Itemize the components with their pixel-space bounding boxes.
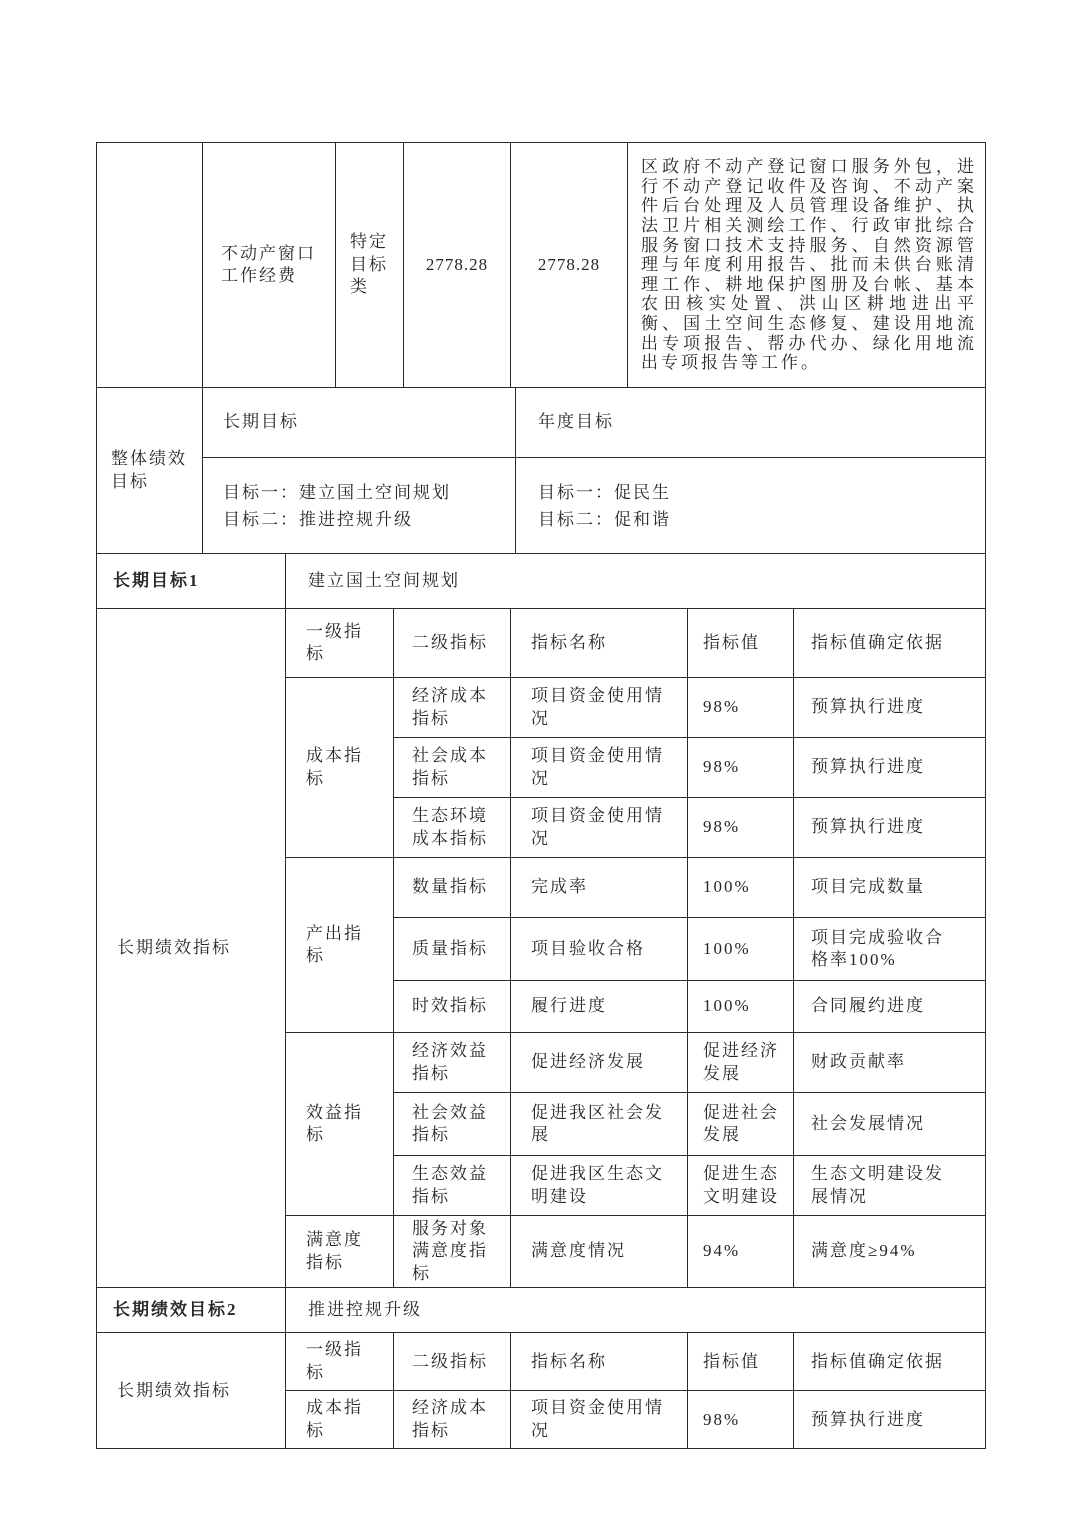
indicator-value-cell: 100% xyxy=(688,981,794,1033)
goal-line: 目标一：建立国土空间规划 xyxy=(223,479,505,506)
basis-cell: 预算执行进度 xyxy=(794,738,986,798)
indicator-name-cell: 促进我区生态文明建设 xyxy=(511,1156,688,1216)
project-row-table: 不动产窗口工作经费 特定目标类 2778.28 2778.28 区政府不动产登记… xyxy=(96,142,986,388)
annual-goals-cell: 目标一：促民生 目标二：促和谐 xyxy=(516,458,986,554)
indicator-value-cell: 94% xyxy=(688,1216,794,1288)
indicator-name-cell: 项目资金使用情况 xyxy=(511,798,688,858)
indicator-header-row: 长期绩效指标 一级指标 二级指标 指标名称 指标值 指标值确定依据 xyxy=(97,609,986,678)
level2-cell: 服务对象满意度指标 xyxy=(394,1216,511,1288)
level2-cell: 生态效益指标 xyxy=(394,1156,511,1216)
longterm-goal2-row: 长期绩效目标2 推进控规升级 xyxy=(97,1288,986,1333)
indicator-name-header-cell: 指标名称 xyxy=(511,1333,688,1391)
level2-header-cell: 二级指标 xyxy=(394,1333,511,1391)
indicator-value-header-cell: 指标值 xyxy=(688,609,794,678)
indicator-group-cell: 成本指标 xyxy=(286,1391,394,1449)
longterm-goal2-value-cell: 推进控规升级 xyxy=(286,1288,986,1333)
project-description-cell: 区政府不动产登记窗口服务外包，进行不动产登记收件及咨询、不动产案件后台处理及人员… xyxy=(628,143,986,388)
indicator-header-row: 长期绩效指标 一级指标 二级指标 指标名称 指标值 指标值确定依据 xyxy=(97,1333,986,1391)
performance-table: 不动产窗口工作经费 特定目标类 2778.28 2778.28 区政府不动产登记… xyxy=(96,142,985,1449)
indicator-name-header-cell: 指标名称 xyxy=(511,609,688,678)
longterm-goals-cell: 目标一：建立国土空间规划 目标二：推进控规升级 xyxy=(203,458,516,554)
basis-cell: 预算执行进度 xyxy=(794,798,986,858)
indicator-group-cell: 满意度指标 xyxy=(286,1216,394,1288)
indicator-group-cell: 成本指标 xyxy=(286,678,394,858)
basis-cell: 满意度≥94% xyxy=(794,1216,986,1288)
indicator-name-cell: 完成率 xyxy=(511,858,688,918)
indicator-name-cell: 促进我区社会发展 xyxy=(511,1093,688,1156)
indicator-value-cell: 促进生态文明建设 xyxy=(688,1156,794,1216)
indicator-name-cell: 项目验收合格 xyxy=(511,918,688,981)
indicator-value-cell: 促进社会发展 xyxy=(688,1093,794,1156)
level1-header-cell: 一级指标 xyxy=(286,609,394,678)
longterm-indicators2-table: 长期绩效指标 一级指标 二级指标 指标名称 指标值 指标值确定依据 成本指标 经… xyxy=(96,1332,986,1449)
indicator-name-cell: 项目资金使用情况 xyxy=(511,1391,688,1449)
indicator-name-cell: 促进经济发展 xyxy=(511,1033,688,1093)
level2-cell: 质量指标 xyxy=(394,918,511,981)
indicator-name-cell: 履行进度 xyxy=(511,981,688,1033)
target-type-cell: 特定目标类 xyxy=(336,143,404,388)
longterm-goal1-row: 长期目标1 建立国土空间规划 xyxy=(97,554,986,609)
goal-line: 目标二：推进控规升级 xyxy=(223,506,505,533)
longterm-goal1-label-cell: 长期目标1 xyxy=(97,554,286,609)
annual-goal-header-cell: 年度目标 xyxy=(516,388,986,458)
level2-cell: 社会成本指标 xyxy=(394,738,511,798)
indicator-name-cell: 满意度情况 xyxy=(511,1216,688,1288)
indicators-section-label-cell: 长期绩效指标 xyxy=(97,1333,286,1449)
project-name-cell: 不动产窗口工作经费 xyxy=(203,143,336,388)
basis-cell: 社会发展情况 xyxy=(794,1093,986,1156)
level2-cell: 数量指标 xyxy=(394,858,511,918)
level2-cell: 经济成本指标 xyxy=(394,678,511,738)
page: 不动产窗口工作经费 特定目标类 2778.28 2778.28 区政府不动产登记… xyxy=(0,0,1075,1520)
indicator-group-cell: 产出指标 xyxy=(286,858,394,1033)
overall-goals-header-row: 整体绩效目标 长期目标 年度目标 xyxy=(97,388,986,458)
indicator-value-cell: 100% xyxy=(688,918,794,981)
basis-cell: 项目完成数量 xyxy=(794,858,986,918)
longterm-goal2-label-cell: 长期绩效目标2 xyxy=(97,1288,286,1333)
budget-amount-cell: 2778.28 xyxy=(404,143,511,388)
basis-header-cell: 指标值确定依据 xyxy=(794,1333,986,1391)
basis-cell: 预算执行进度 xyxy=(794,678,986,738)
blank-cell xyxy=(97,143,203,388)
indicator-value-cell: 促进经济发展 xyxy=(688,1033,794,1093)
level2-cell: 经济成本指标 xyxy=(394,1391,511,1449)
overall-goals-label-cell: 整体绩效目标 xyxy=(97,388,203,554)
overall-goals-table: 整体绩效目标 长期目标 年度目标 目标一：建立国土空间规划 目标二：推进控规升级… xyxy=(96,387,986,554)
overall-goals-content-row: 目标一：建立国土空间规划 目标二：推进控规升级 目标一：促民生 目标二：促和谐 xyxy=(97,458,986,554)
indicator-value-header-cell: 指标值 xyxy=(688,1333,794,1391)
basis-cell: 预算执行进度 xyxy=(794,1391,986,1449)
level2-cell: 生态环境成本指标 xyxy=(394,798,511,858)
level2-cell: 经济效益指标 xyxy=(394,1033,511,1093)
budget-amount2-cell: 2778.28 xyxy=(511,143,628,388)
project-row: 不动产窗口工作经费 特定目标类 2778.28 2778.28 区政府不动产登记… xyxy=(97,143,986,388)
indicator-value-cell: 98% xyxy=(688,1391,794,1449)
longterm-goal2-table: 长期绩效目标2 推进控规升级 xyxy=(96,1287,986,1333)
indicator-group-cell: 效益指标 xyxy=(286,1033,394,1216)
indicator-value-cell: 100% xyxy=(688,858,794,918)
longterm-goal1-value-cell: 建立国土空间规划 xyxy=(286,554,986,609)
basis-cell: 财政贡献率 xyxy=(794,1033,986,1093)
indicator-name-cell: 项目资金使用情况 xyxy=(511,738,688,798)
level2-cell: 社会效益指标 xyxy=(394,1093,511,1156)
indicators-section-label-cell: 长期绩效指标 xyxy=(97,609,286,1288)
indicator-value-cell: 98% xyxy=(688,798,794,858)
level2-header-cell: 二级指标 xyxy=(394,609,511,678)
level2-cell: 时效指标 xyxy=(394,981,511,1033)
longterm-indicators-table: 长期绩效指标 一级指标 二级指标 指标名称 指标值 指标值确定依据 成本指标 经… xyxy=(96,608,986,1288)
level1-header-cell: 一级指标 xyxy=(286,1333,394,1391)
longterm-goal1-table: 长期目标1 建立国土空间规划 xyxy=(96,553,986,609)
goal-line: 目标一：促民生 xyxy=(538,479,975,506)
indicator-value-cell: 98% xyxy=(688,678,794,738)
longterm-goal-header-cell: 长期目标 xyxy=(203,388,516,458)
indicator-name-cell: 项目资金使用情况 xyxy=(511,678,688,738)
basis-cell: 合同履约进度 xyxy=(794,981,986,1033)
goal-line: 目标二：促和谐 xyxy=(538,506,975,533)
basis-cell: 项目完成验收合格率100% xyxy=(794,918,986,981)
basis-cell: 生态文明建设发展情况 xyxy=(794,1156,986,1216)
indicator-value-cell: 98% xyxy=(688,738,794,798)
basis-header-cell: 指标值确定依据 xyxy=(794,609,986,678)
